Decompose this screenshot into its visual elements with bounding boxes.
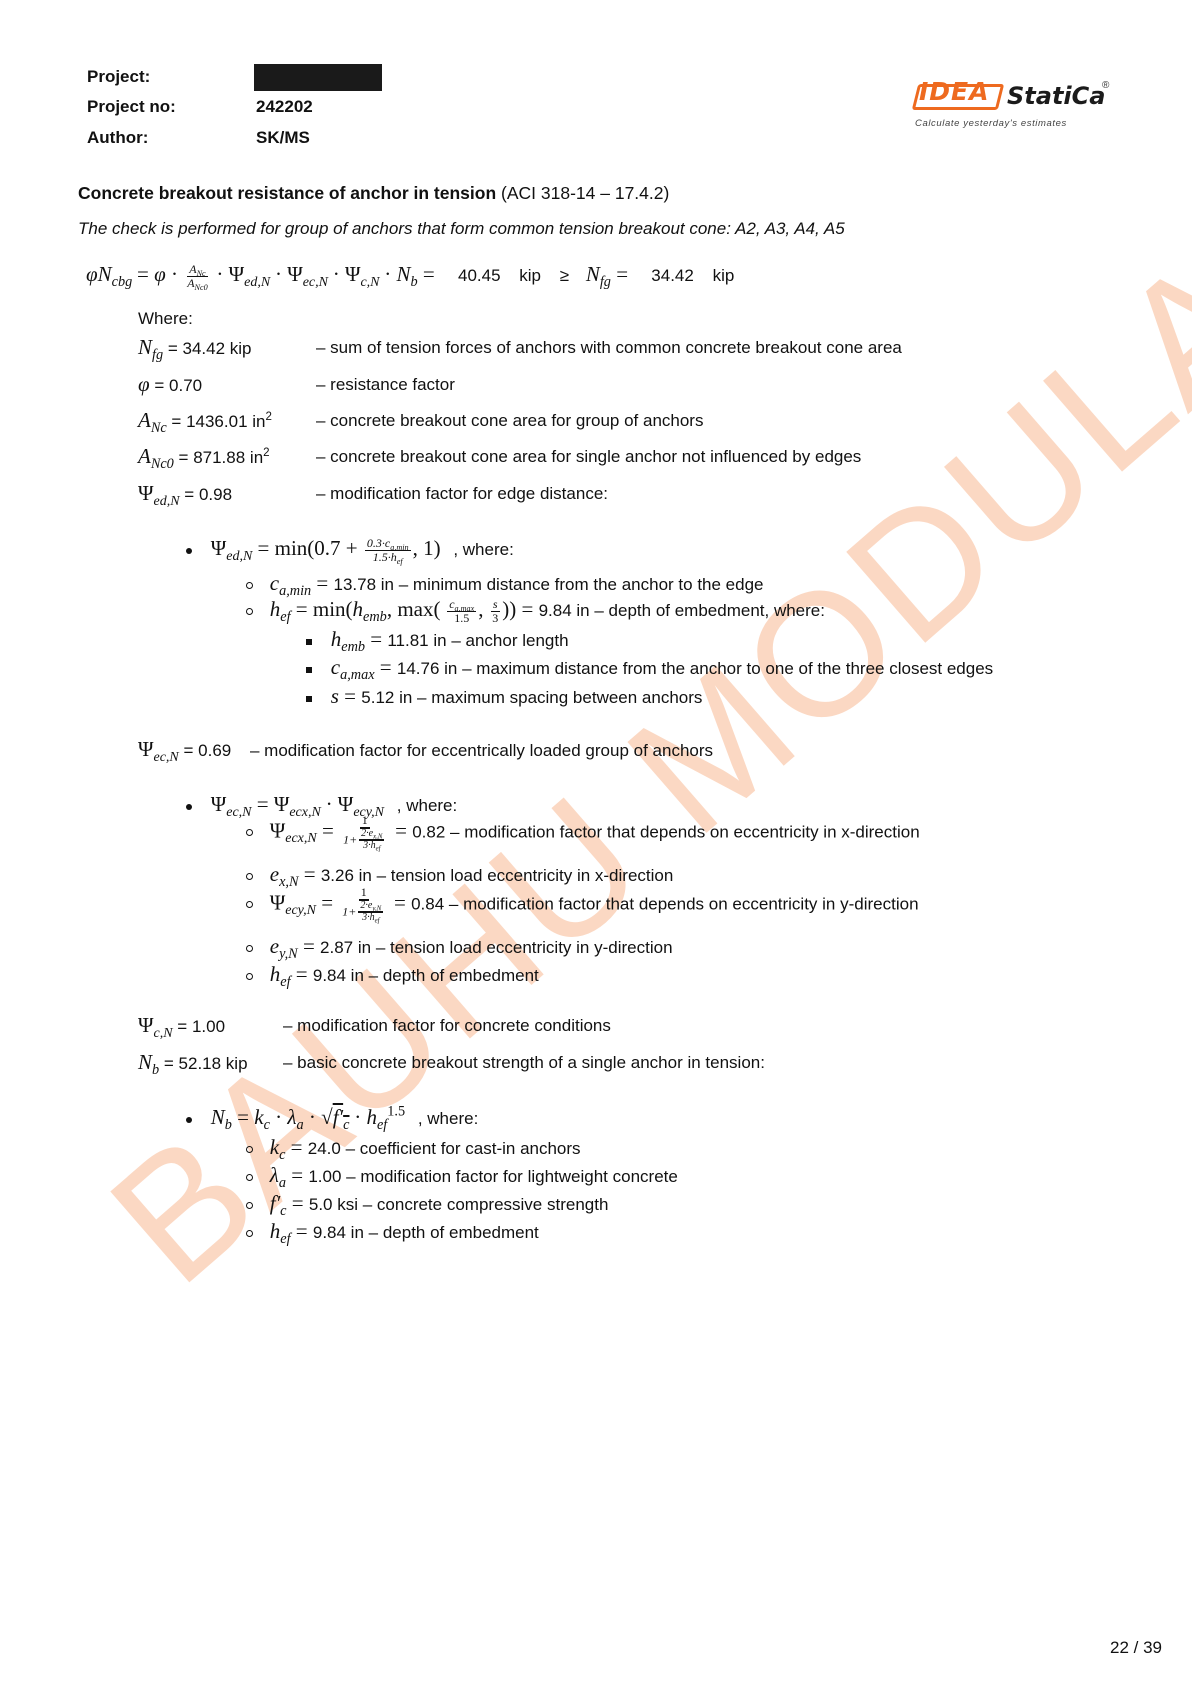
psi-ed-formula: Ψed,N = min(0.7 + 0.3·ca,min1.5·hef, 1) …: [186, 536, 514, 564]
psi-ed-subitem-camax: ca,max = 14.76 in – maximum distance fro…: [306, 655, 993, 680]
bullet-circle-icon: [246, 1174, 253, 1181]
section-title-reference: (ACI 318-14 – 17.4.2): [501, 183, 669, 203]
psi-ed-subitem-s: s = 5.12 in – maximum spacing between an…: [306, 684, 702, 709]
definition-psi-c: Ψc,N = 1.00: [138, 1013, 225, 1038]
bullet-square-icon: [306, 696, 312, 702]
psi-ec-item-ex: ex,N = 3.26 in – tension load eccentrici…: [246, 862, 673, 887]
demand-value: 34.42: [651, 266, 694, 285]
where-label: Where:: [138, 309, 193, 329]
bullet-circle-icon: [246, 1202, 253, 1209]
registered-mark: ®: [1102, 80, 1109, 91]
psi-ed-item-camin: ca,min = 13.78 in – minimum distance fro…: [246, 571, 764, 596]
resistance-value: 40.45: [458, 266, 501, 285]
idea-statica-logo: IDEA StatiCa ® Calculate yesterday's est…: [915, 80, 1115, 140]
definition-psi-ec: Ψec,N = 0.69 – modification factor for e…: [138, 737, 713, 762]
page-number: 22 / 39: [1110, 1638, 1162, 1658]
bullet-square-icon: [306, 667, 312, 673]
definition-nb-desc: – basic concrete breakout strength of a …: [283, 1053, 765, 1073]
formula-phi-ncbg: φNcbg: [86, 262, 132, 286]
bullet-circle-icon: [246, 608, 253, 615]
definition-anc0: ANc0 = 871.88 in2: [138, 444, 270, 469]
bullet-circle-icon: [246, 945, 253, 952]
bullet-icon: [186, 548, 192, 554]
definition-phi-desc: – resistance factor: [316, 375, 455, 395]
section-subtitle: The check is performed for group of anch…: [78, 219, 845, 239]
section-title: Concrete breakout resistance of anchor i…: [78, 183, 669, 204]
project-no-label: Project no:: [87, 97, 176, 117]
definition-anc0-desc: – concrete breakout cone area for single…: [316, 447, 861, 467]
main-check-formula: φNcbg = φ · ANcANc0 · Ψed,N · Ψec,N · Ψc…: [86, 262, 734, 290]
definition-anc: ANc = 1436.01 in2: [138, 408, 272, 433]
bullet-icon: [186, 1117, 192, 1123]
project-value-redacted: [254, 64, 382, 91]
logo-tagline: Calculate yesterday's estimates: [915, 118, 1067, 129]
bullet-circle-icon: [246, 973, 253, 980]
psi-ec-item-ecy: Ψecy,N = 11+2·ey,N3·hef = 0.84 – modific…: [246, 886, 919, 924]
check-operator: ≥: [560, 266, 569, 285]
psi-ed-subitem-hemb: hemb = 11.81 in – anchor length: [306, 627, 569, 652]
bullet-circle-icon: [246, 873, 253, 880]
psi-ec-item-hef: hef = 9.84 in – depth of embedment: [246, 962, 539, 987]
resistance-unit: kip: [519, 266, 541, 285]
section-title-text: Concrete breakout resistance of anchor i…: [78, 183, 496, 203]
bullet-circle-icon: [246, 1146, 253, 1153]
formula-area-ratio: ANcANc0: [185, 263, 209, 289]
author-value: SK/MS: [256, 128, 310, 148]
project-label: Project:: [87, 67, 150, 87]
author-label: Author:: [87, 128, 148, 148]
definition-nb: Nb = 52.18 kip: [138, 1050, 248, 1075]
bullet-circle-icon: [246, 1230, 253, 1237]
definition-psi-c-desc: – modification factor for concrete condi…: [283, 1016, 611, 1036]
project-no-value: 242202: [256, 97, 313, 117]
definition-phi: φ = 0.70: [138, 372, 202, 397]
bullet-icon: [186, 804, 192, 810]
demand-unit: kip: [713, 266, 735, 285]
definition-psi-ed-desc: – modification factor for edge distance:: [316, 484, 608, 504]
psi-ec-item-ecx: Ψecx,N = 11+2·ex,N3·hef = 0.82 – modific…: [246, 814, 920, 852]
logo-badge-text: IDEA: [919, 77, 989, 106]
definition-nfg: Nfg = 34.42 kip: [138, 335, 252, 360]
nb-item-hef: hef = 9.84 in – depth of embedment: [246, 1219, 539, 1244]
bullet-circle-icon: [246, 582, 253, 589]
psi-ed-item-hef: hef = min(hemb, max( ca,max1.5, s3)) = 9…: [246, 597, 825, 625]
nb-item-kc: kc = 24.0 – coefficient for cast-in anch…: [246, 1135, 581, 1160]
nb-item-fc: f′c = 5.0 ksi – concrete compressive str…: [246, 1191, 608, 1216]
definition-nfg-desc: – sum of tension forces of anchors with …: [316, 338, 902, 358]
logo-name: StatiCa: [1007, 82, 1105, 110]
bullet-circle-icon: [246, 829, 253, 836]
bullet-square-icon: [306, 639, 312, 645]
bullet-circle-icon: [246, 901, 253, 908]
nb-item-lambda: λa = 1.00 – modification factor for ligh…: [246, 1163, 678, 1188]
definition-anc-desc: – concrete breakout cone area for group …: [316, 411, 703, 431]
nb-formula: Nb = kc · λa · √f′c · hef1.5 , where:: [186, 1105, 478, 1130]
definition-psi-ed: Ψed,N = 0.98: [138, 481, 232, 506]
psi-ec-item-ey: ey,N = 2.87 in – tension load eccentrici…: [246, 934, 673, 959]
